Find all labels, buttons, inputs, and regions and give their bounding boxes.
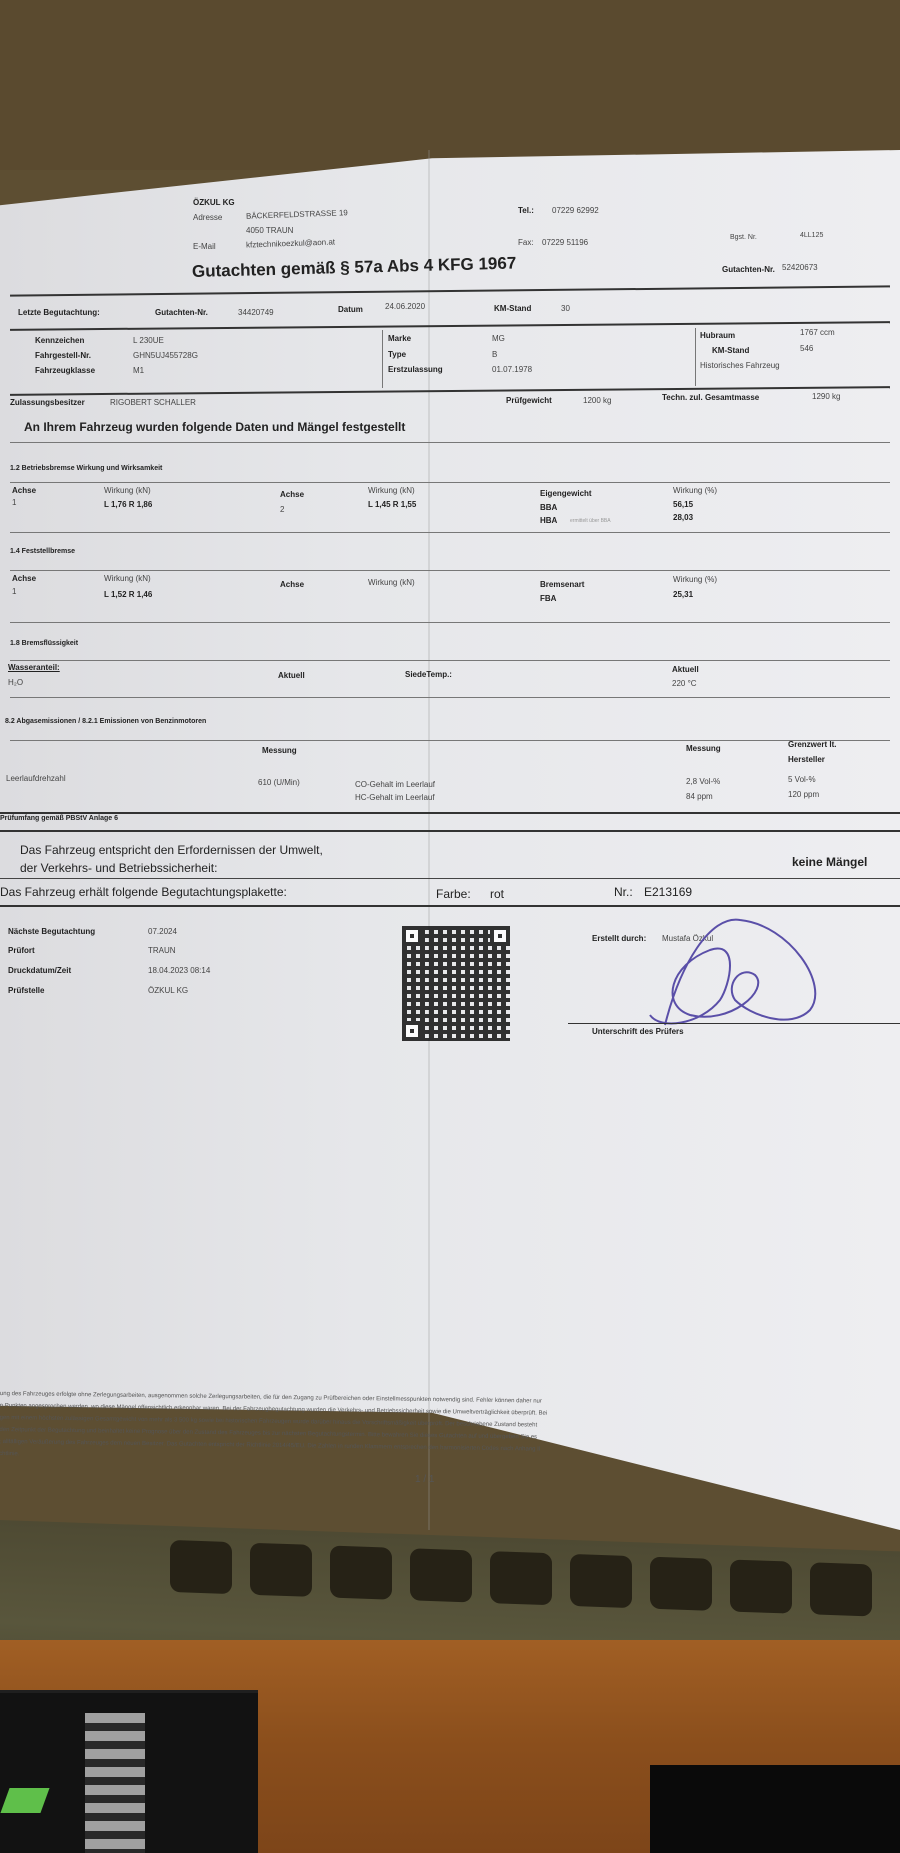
col-achse: Achse (12, 486, 36, 495)
axle-1: 1 (12, 498, 16, 507)
issuer-address-label: Adresse (193, 213, 222, 222)
divider (10, 740, 890, 741)
co-limit: 5 Vol-% (788, 775, 816, 784)
kennzeichen-value: L 230UE (133, 336, 164, 345)
signature-mark (620, 905, 830, 1035)
scope-note: Prüfumfang gemäß PBStV Anlage 6 (0, 815, 118, 822)
background-box (650, 1765, 900, 1853)
col-wirkung-pct: Wirkung (%) (673, 486, 717, 495)
fax-value: 07229 51196 (542, 238, 588, 247)
hc-value: 84 ppm (686, 792, 713, 801)
counter-slot (330, 1546, 392, 1600)
next-inspection-value: 07.2024 (148, 927, 177, 936)
co-label: CO-Gehalt im Leerlauf (355, 780, 435, 789)
type-label: Type (388, 350, 406, 359)
klasse-value: M1 (133, 366, 144, 375)
last-inspection-label: Letzte Begutachtung: (18, 308, 100, 317)
klasse-label: Fahrzeugklasse (35, 366, 95, 375)
divider (382, 330, 383, 388)
begut-nr: 4LL125 (800, 232, 823, 239)
col-achse: Achse (280, 490, 304, 499)
col-bremsenart: Bremsenart (540, 580, 584, 589)
col-aktuell: Aktuell (278, 671, 305, 680)
divider (0, 830, 900, 832)
counter-slot (730, 1559, 792, 1613)
divider (10, 622, 890, 623)
axle-1-values: L 1,52 R 1,46 (104, 590, 152, 599)
divider (10, 532, 890, 533)
fahrgestell-value: GHN5UJ455728G (133, 351, 198, 360)
erstzulassung-label: Erstzulassung (388, 365, 443, 374)
findings-heading: An Ihrem Fahrzeug wurden folgende Daten … (24, 420, 405, 434)
leerlauf-value: 610 (U/Min) (258, 778, 300, 787)
plakette-nr: E213169 (644, 885, 692, 899)
leerlauf-label: Leerlaufdrehzahl (6, 774, 66, 783)
col-wirkung-pct: Wirkung (%) (673, 575, 717, 584)
counter-slot (650, 1557, 712, 1611)
issuer-email-label: E-Mail (193, 242, 216, 251)
pruefstelle-label: Prüfstelle (8, 986, 44, 995)
bba-label: BBA (540, 503, 557, 512)
section-title: 1.8 Bremsflüssigkeit (10, 640, 78, 647)
gutachten-nr-label: Gutachten-Nr. (722, 265, 775, 274)
pruefgewicht-label: Prüfgewicht (506, 396, 552, 405)
counter-slot (250, 1543, 312, 1597)
hc-label: HC-Gehalt im Leerlauf (355, 793, 435, 802)
issuer-city: 4050 TRAUN (246, 226, 293, 235)
col-grenzwert: Hersteller (788, 755, 825, 764)
besitzer-value: RIGOBERT SCHALLER (110, 398, 196, 407)
col-eigengewicht: Eigengewicht (540, 489, 592, 498)
besitzer-label: Zulassungsbesitzer (10, 398, 85, 407)
last-gutachten-nr: 34420749 (238, 308, 274, 317)
axle-1-values: L 1,76 R 1,86 (104, 500, 152, 509)
col-wirkung: Wirkung (kN) (368, 486, 415, 495)
counter-slot (170, 1540, 232, 1594)
col-aktuell: Aktuell (672, 665, 699, 674)
col-messung: Messung (262, 746, 297, 755)
next-inspection-label: Nächste Begutachtung (8, 927, 95, 936)
fax-label: Fax: (518, 238, 534, 247)
historic-note: Historisches Fahrzeug (700, 361, 780, 370)
divider (0, 878, 900, 879)
pruefgewicht-value: 1200 kg (583, 396, 611, 405)
co-value: 2,8 Vol-% (686, 777, 720, 786)
page-number: 1 / 1 (415, 1474, 434, 1485)
col-siedetemp: SiedeTemp.: (405, 670, 452, 679)
signature-label: Unterschrift des Prüfers (592, 1027, 684, 1036)
divider (10, 482, 890, 483)
type-value: B (492, 350, 497, 359)
parking-wirkung-value: 25,31 (673, 590, 693, 599)
hc-limit: 120 ppm (788, 790, 819, 799)
counter-slot (810, 1562, 872, 1616)
col-wirkung: Wirkung (kN) (104, 574, 151, 583)
section-title: 8.2 Abgasemissionen / 8.2.1 Emissionen v… (5, 718, 206, 725)
bba-value: 56,15 (673, 500, 693, 509)
divider (10, 442, 890, 443)
pruefort-label: Prüfort (8, 946, 35, 955)
hba-value: 28,03 (673, 513, 693, 522)
counter-slot (490, 1551, 552, 1605)
erstzulassung-value: 01.07.1978 (492, 365, 532, 374)
hubraum-value: 1767 ccm (800, 328, 835, 337)
col-wirkung: Wirkung (kN) (368, 578, 415, 587)
background-box (0, 1690, 258, 1853)
conformity-result: keine Mängel (792, 855, 867, 869)
begut-label: Bgst. Nr. (730, 234, 757, 241)
last-date-label: Datum (338, 305, 363, 314)
section-title: 1.2 Betriebsbremse Wirkung und Wirksamke… (10, 465, 162, 472)
plakette-nr-label: Nr.: (614, 885, 633, 899)
background-wall (0, 0, 900, 170)
hba-label: HBA (540, 516, 557, 525)
paper-fold (428, 150, 430, 1530)
pruefstelle-value: ÖZKUL KG (148, 986, 188, 995)
divider (695, 328, 696, 386)
col-achse: Achse (280, 580, 304, 589)
counter-slot (570, 1554, 632, 1608)
col-achse: Achse (12, 574, 36, 583)
last-gutachten-label: Gutachten-Nr. (155, 308, 208, 317)
plakette-farbe-label: Farbe: (436, 887, 471, 901)
km-stand-value: 546 (800, 344, 813, 353)
kennzeichen-label: Kennzeichen (35, 336, 84, 345)
km-stand-label: KM-Stand (712, 346, 749, 355)
issuer-name: ÖZKUL KG (193, 198, 235, 207)
qr-code (402, 926, 510, 1041)
conformity-line1: Das Fahrzeug entspricht den Erforderniss… (20, 843, 323, 857)
tel-value: 07229 62992 (552, 206, 599, 215)
fahrgestell-label: Fahrgestell-Nr. (35, 351, 91, 360)
axle-1: 1 (12, 587, 16, 596)
axle-2: 2 (280, 505, 284, 514)
gesamtmasse-label: Techn. zul. Gesamtmasse (662, 393, 759, 402)
conformity-line2: der Verkehrs- und Betriebssicherheit: (20, 861, 217, 875)
col-grenzwert: Grenzwert lt. (788, 740, 836, 749)
legal-footer: ung des Fahrzeuges erfolgte ohne Zerlegu… (0, 1388, 900, 1473)
gutachten-nr: 52420673 (782, 263, 818, 272)
section-title: 1.4 Feststellbremse (10, 548, 75, 555)
druckdatum-label: Druckdatum/Zeit (8, 966, 71, 975)
plakette-farbe: rot (490, 887, 504, 901)
col-wirkung: Wirkung (kN) (104, 486, 151, 495)
marke-label: Marke (388, 334, 411, 343)
hubraum-label: Hubraum (700, 331, 735, 340)
siedetemp-value: 220 °C (672, 679, 697, 688)
wasser-value: H₂O (8, 678, 23, 687)
divider (10, 660, 890, 661)
hba-note: ermittelt über BBA (570, 518, 611, 524)
marke-value: MG (492, 334, 505, 343)
last-km: 30 (561, 304, 570, 313)
plakette-label: Das Fahrzeug erhält folgende Begutachtun… (0, 885, 287, 899)
col-wasseranteil: Wasseranteil: (8, 663, 60, 672)
divider (10, 570, 890, 571)
signature-line (568, 1023, 900, 1024)
last-km-label: KM-Stand (494, 304, 531, 313)
pruefort-value: TRAUN (148, 946, 176, 955)
gesamtmasse-value: 1290 kg (812, 392, 840, 401)
col-messung: Messung (686, 744, 721, 753)
bremsenart-value: FBA (540, 594, 556, 603)
axle-2-values: L 1,45 R 1,55 (368, 500, 416, 509)
divider (10, 697, 890, 698)
tel-label: Tel.: (518, 206, 534, 215)
last-date: 24.06.2020 (385, 302, 425, 311)
druckdatum-value: 18.04.2023 08:14 (148, 966, 210, 975)
divider (0, 812, 900, 814)
counter-slot (410, 1548, 472, 1602)
